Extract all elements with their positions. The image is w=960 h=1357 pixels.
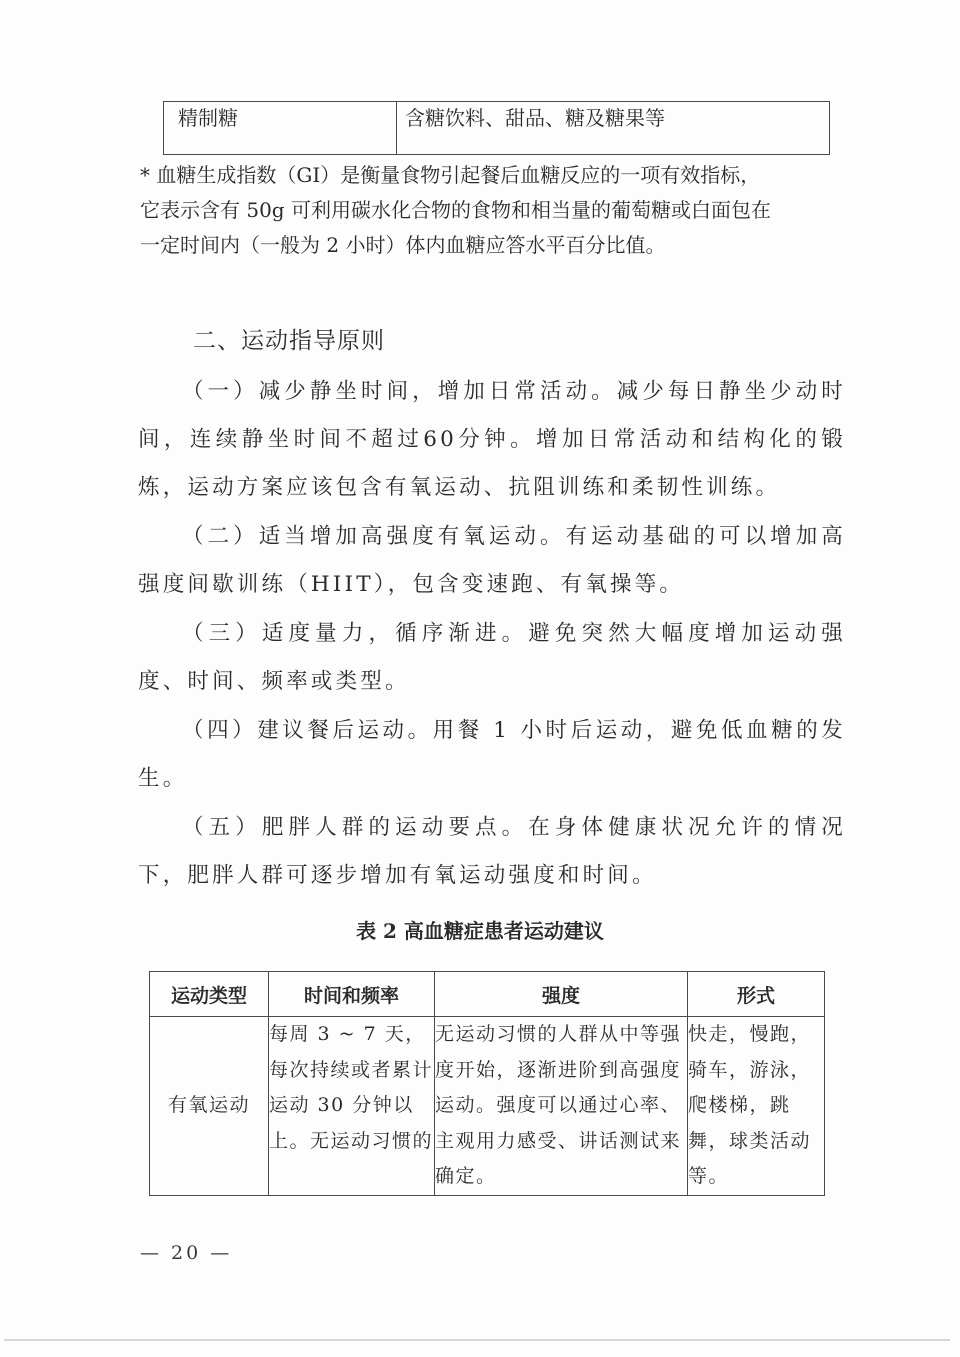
food-category-text: 精制糖 (164, 102, 396, 131)
food-examples-cell: 含糖饮料、甜品、糖及糖果等 (397, 102, 830, 155)
table-row: 有氧运动 每周 3 ~ 7 天，每次持续或者累计运动 30 分钟以上。无运动习惯… (150, 1017, 825, 1196)
page-number: — 20 — (140, 1242, 232, 1264)
header-form: 形式 (688, 972, 825, 1017)
gi-footnote-line: 它表示含有 50g 可利用碳水化合物的食物和相当量的葡萄糖或白面包在 (140, 193, 840, 228)
principle-paragraph-1: （一）减少静坐时间，增加日常活动。减少每日静坐少动时间，连续静坐时间不超过60分… (138, 368, 846, 512)
principle-paragraph-3: （三）适度量力，循序渐进。避免突然大幅度增加运动强度、时间、频率或类型。 (138, 610, 846, 706)
exercise-type-cell: 有氧运动 (150, 1017, 269, 1196)
time-frequency-cell: 每周 3 ~ 7 天，每次持续或者累计运动 30 分钟以上。无运动习惯的 (269, 1017, 435, 1196)
principle-paragraph-2: （二）适当增加高强度有氧运动。有运动基础的可以增加高强度间歇训练（HIIT），包… (138, 513, 846, 609)
principle-paragraph-5: （五）肥胖人群的运动要点。在身体健康状况允许的情况下，肥胖人群可逐步增加有氧运动… (138, 804, 846, 900)
food-category-cell: 精制糖 (164, 102, 397, 155)
intensity-cell: 无运动习惯的人群从中等强度开始，逐渐进阶到高强度运动。强度可以通过心率、主观用力… (435, 1017, 688, 1196)
header-exercise-type: 运动类型 (150, 972, 269, 1017)
principle-paragraph-4: （四）建议餐后运动。用餐 1 小时后运动，避免低血糖的发生。 (138, 707, 846, 803)
page-bottom-rule (4, 1339, 950, 1341)
gi-footnote: * 血糖生成指数（GI）是衡量食物引起餐后血糖反应的一项有效指标， 它表示含有 … (140, 158, 840, 263)
header-intensity: 强度 (435, 972, 688, 1017)
table-caption: 表 2 高血糖症患者运动建议 (0, 915, 960, 944)
exercise-recommendation-table: 运动类型 时间和频率 强度 形式 有氧运动 每周 3 ~ 7 天，每次持续或者累… (149, 971, 825, 1196)
table-header-row: 运动类型 时间和频率 强度 形式 (150, 972, 825, 1017)
food-examples-text: 含糖饮料、甜品、糖及糖果等 (397, 102, 829, 131)
refined-sugar-table: 精制糖 含糖饮料、甜品、糖及糖果等 (163, 101, 830, 155)
form-cell: 快走，慢跑，骑车，游泳，爬楼梯，跳舞，球类活动等。 (688, 1017, 825, 1196)
gi-footnote-line: 一定时间内（一般为 2 小时）体内血糖应答水平百分比值。 (140, 228, 840, 263)
header-time-frequency: 时间和频率 (269, 972, 435, 1017)
section-heading: 二、运动指导原则 (193, 322, 385, 355)
gi-footnote-line: * 血糖生成指数（GI）是衡量食物引起餐后血糖反应的一项有效指标， (140, 158, 840, 193)
table-row: 精制糖 含糖饮料、甜品、糖及糖果等 (164, 102, 830, 155)
